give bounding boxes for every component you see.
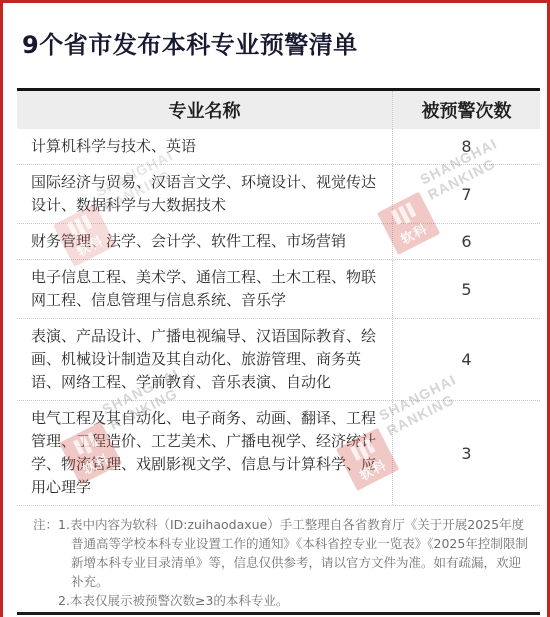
table-row: 表演、产品设计、广播电视编导、汉语国际教育、绘画、机械设计制造及其自动化、旅游管… bbox=[17, 319, 540, 401]
count-cell: 3 bbox=[392, 401, 540, 505]
majors-cell: 电气工程及其自动化、电子商务、动画、翻译、工程管理、工程造价、工艺美术、广播电视… bbox=[17, 401, 392, 505]
footnote-item: 1.表中内容为软科（ID:zuihaodaxue）手工整理自各省教育厅《关于开展… bbox=[58, 515, 529, 591]
page-title: 9个省市发布本科专业预警清单 bbox=[22, 25, 358, 60]
bottom-divider bbox=[17, 612, 540, 615]
table-row: 国际经济与贸易、汉语言文学、环境设计、视觉传达设计、数据科学与大数据技术 7 bbox=[17, 165, 540, 224]
footnote-items: 1.表中内容为软科（ID:zuihaodaxue）手工整理自各省教育厅《关于开展… bbox=[58, 515, 529, 610]
table-header-row: 专业名称 被预警次数 bbox=[17, 91, 540, 129]
majors-cell: 国际经济与贸易、汉语言文学、环境设计、视觉传达设计、数据科学与大数据技术 bbox=[17, 165, 392, 223]
majors-cell: 财务管理、法学、会计学、软件工程、市场营销 bbox=[17, 224, 392, 259]
table-row: 财务管理、法学、会计学、软件工程、市场营销 6 bbox=[17, 224, 540, 260]
table-row: 电气工程及其自动化、电子商务、动画、翻译、工程管理、工程造价、工艺美术、广播电视… bbox=[17, 401, 540, 506]
majors-cell: 计算机科学与技术、英语 bbox=[17, 129, 392, 164]
footnote-item: 2.本表仅展示被预警次数≥3的本科专业。 bbox=[58, 591, 529, 610]
warning-table: 专业名称 被预警次数 计算机科学与技术、英语 8 国际经济与贸易、汉语言文学、环… bbox=[17, 88, 540, 506]
table-row: 计算机科学与技术、英语 8 bbox=[17, 129, 540, 165]
footnotes: 注： 1.表中内容为软科（ID:zuihaodaxue）手工整理自各省教育厅《关… bbox=[33, 515, 529, 610]
count-cell: 8 bbox=[392, 129, 540, 164]
footnote-prefix: 注： bbox=[33, 515, 58, 610]
column-header-count: 被预警次数 bbox=[392, 91, 540, 129]
majors-cell: 电子信息工程、美术学、通信工程、土木工程、物联网工程、信息管理与信息系统、音乐学 bbox=[17, 260, 392, 318]
count-cell: 7 bbox=[392, 165, 540, 223]
infographic-card: 软科 SHANGHAI RANKING 软科 SHANGHAI RANKING … bbox=[0, 0, 550, 617]
column-header-major: 专业名称 bbox=[17, 91, 392, 129]
table-row: 电子信息工程、美术学、通信工程、土木工程、物联网工程、信息管理与信息系统、音乐学… bbox=[17, 260, 540, 319]
majors-cell: 表演、产品设计、广播电视编导、汉语国际教育、绘画、机械设计制造及其自动化、旅游管… bbox=[17, 319, 392, 400]
count-cell: 6 bbox=[392, 224, 540, 259]
count-cell: 4 bbox=[392, 319, 540, 400]
count-cell: 5 bbox=[392, 260, 540, 318]
